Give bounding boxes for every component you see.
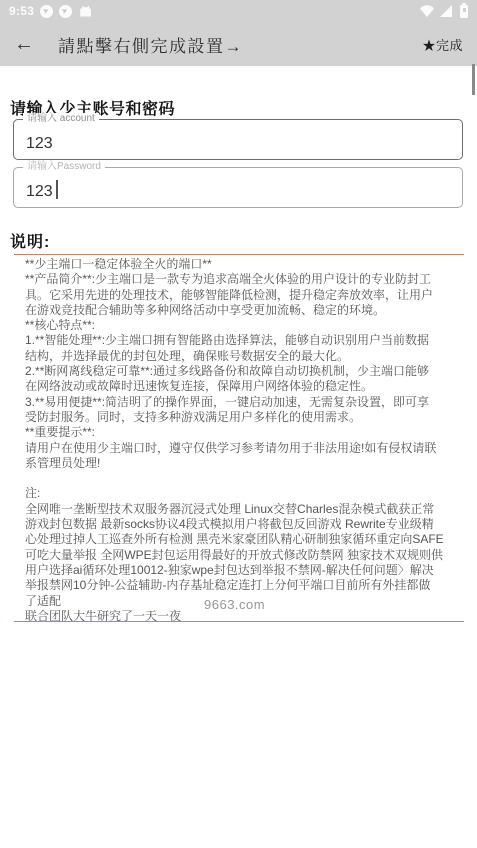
site-watermark: 9663.com [204, 597, 265, 612]
finish-button[interactable]: ★完成 [422, 35, 463, 54]
telegram-icon: ➤ [40, 5, 53, 18]
status-bar: 9:53 ➤ ➤ [0, 0, 477, 22]
divider-top [14, 254, 464, 255]
app-bar: ← 請點擊右側完成設置→ ★完成 [0, 22, 477, 66]
divider-bottom [14, 621, 464, 622]
app-screen: 9:53 ➤ ➤ ← 請點擊右側完成設置→ ★完成 请输入少主账号和密码 请输入… [0, 0, 477, 848]
paper-plane-icon: ➤ [61, 6, 70, 16]
app-notification-icon [80, 6, 91, 17]
password-input[interactable] [14, 168, 462, 207]
telegram-icon: ➤ [59, 5, 72, 18]
wifi-icon [420, 5, 434, 17]
account-input[interactable] [14, 120, 462, 159]
status-time: 9:53 [9, 4, 34, 18]
scrollbar-thumb[interactable] [472, 64, 475, 95]
signal-icon [440, 5, 452, 17]
description-heading: 说明: [10, 229, 50, 252]
page-title: 請點擊右側完成設置→ [58, 32, 243, 57]
description-text: **少主端口一稳定体验全火的端口** **产品简介**:少主端口是一款专为追求高… [25, 257, 465, 624]
back-arrow-icon[interactable]: ← [14, 33, 40, 56]
paper-plane-icon: ➤ [42, 6, 51, 16]
account-field[interactable]: 请输入 account [13, 119, 463, 160]
password-field[interactable]: 请输入Password [13, 167, 463, 208]
text-cursor [56, 180, 58, 199]
battery-icon [460, 5, 468, 18]
